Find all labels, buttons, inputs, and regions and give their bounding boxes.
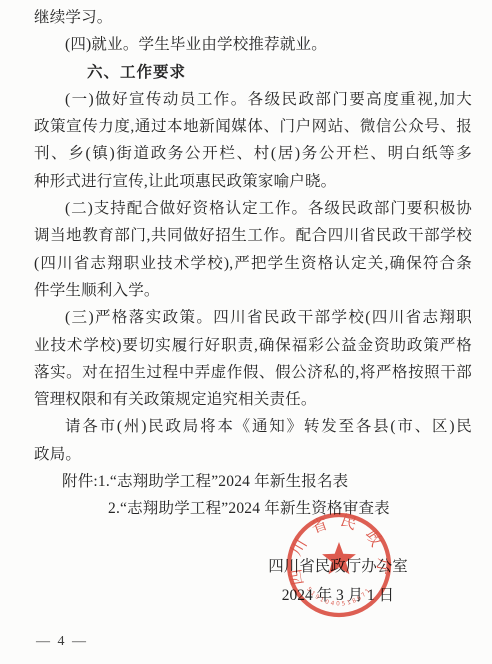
attachment-item: 附件:1.“志翔助学工程”2024 年新生报名表	[34, 468, 472, 495]
page-number: — 4 —	[36, 634, 88, 650]
signature-office: 四川省民政厅办公室	[252, 553, 424, 582]
body-line: 政策宣传力度,通过本地新闻媒体、门户网站、微信公众号、报	[34, 113, 472, 140]
signature-date: 2024 年 3 月 1 日	[252, 582, 424, 611]
body-line: 政局。	[34, 441, 472, 468]
body-line: (二)支持配合做好资格认定工作。各级民政部门要积极协	[34, 195, 472, 222]
body-line: 请各市(州)民政局将本《通知》转发至各县(市、区)民	[34, 413, 472, 440]
body-line: 业技术学校)要切实履行好职责,确保福彩公益金资助政策严格	[34, 332, 472, 359]
body-line: 落实。对在招生过程中弄虚作假、假公济私的,将严格按照干部	[34, 359, 472, 386]
body-line: (一)做好宣传动员工作。各级民政部门要高度重视,加大	[34, 86, 472, 113]
body-line: (四川省志翔职业技术学校),严把学生资格认定关,确保符合条	[34, 250, 472, 277]
attachment-item: 2.“志翔助学工程”2024 年新生资格审查表	[34, 495, 472, 522]
body-line: (三)严格落实政策。四川省民政干部学校(四川省志翔职	[34, 304, 472, 331]
signature-block: 四川省民政厅办公室 2024 年 3 月 1 日	[252, 553, 424, 610]
body-line: 种形式进行宣传,让此项惠民政策家喻户晓。	[34, 168, 472, 195]
document-body: 继续学习。 (四)就业。学生毕业由学校推荐就业。 六、工作要求 (一)做好宣传动…	[34, 4, 472, 523]
body-line: 继续学习。	[34, 4, 472, 31]
body-line: 件学生顺利入学。	[34, 277, 472, 304]
body-line: 调当地教育部门,共同做好招生工作。配合四川省民政干部学校	[34, 222, 472, 249]
body-line: (四)就业。学生毕业由学校推荐就业。	[34, 31, 472, 58]
body-line: 刊、乡(镇)街道政务公开栏、村(居)务公开栏、明白纸等多	[34, 140, 472, 167]
document-page: 继续学习。 (四)就业。学生毕业由学校推荐就业。 六、工作要求 (一)做好宣传动…	[0, 0, 492, 664]
section-heading: 六、工作要求	[34, 59, 472, 86]
body-line: 管理权限和有关政策规定追究相关责任。	[34, 386, 472, 413]
